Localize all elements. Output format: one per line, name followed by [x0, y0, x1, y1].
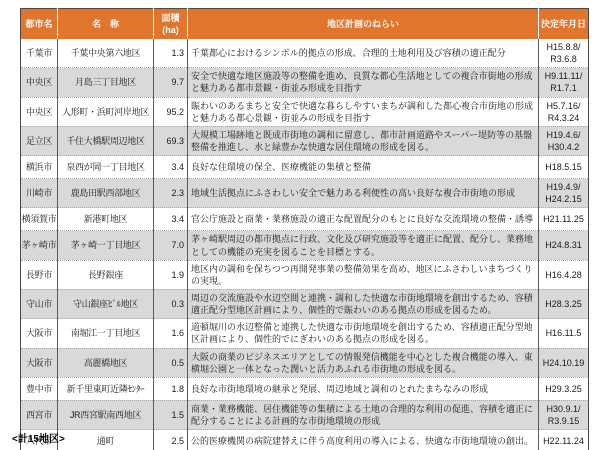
plan-aim-cell: 茅ヶ崎駅周辺の都市拠点に行政、文化及び研究施設等を適正に配置、配分し、業務地とし… [188, 231, 539, 260]
district-name-cell: 通町 [58, 430, 154, 450]
district-name-cell: 千住大橋駅周辺地区 [58, 126, 154, 155]
city-cell: 大阪市 [21, 348, 58, 377]
plan-aim-cell: 良好な住環境の保全、医療機能の集積と整備 [188, 156, 539, 179]
decision-date-cell: H19.4.6/ H30.4.2 [539, 126, 589, 155]
district-name-cell: 長野銀座 [58, 260, 154, 289]
decision-date-cell: H15.8.8/ R3.6.8 [539, 39, 589, 68]
plan-aim-cell: 大阪の商業のビジネスエリアとしての情報発信機能を中心とした複合機能の導入、東横堀… [188, 348, 539, 377]
table-row: 茅ヶ崎市 茅ヶ崎一丁目地区 7.0 茅ヶ崎駅周辺の都市拠点に行政、文化及び研究施… [21, 231, 589, 260]
area-cell: 1.6 [154, 319, 188, 348]
decision-date-cell: H24.8.31 [539, 231, 589, 260]
area-cell: 1.8 [154, 377, 188, 400]
plan-aim-cell: 地区内の調和を保ちつつ再開発事業の整備効果を高め、地区にふさわしいまちづくりの実… [188, 260, 539, 289]
district-plan-table: 都市名 名 称 面積 (ha) 地区計画のねらい 決定年月日 千葉市 千葉中央第… [20, 8, 589, 450]
plan-aim-cell: 周辺の交流施設や水辺空間と連携・調和した快適な市街地環境を創出するため、容積適正… [188, 289, 539, 318]
plan-aim-cell: 千葉都心におけるシンボル的拠点の形成、合理的土地利用及び容積の適正配分 [188, 39, 539, 68]
city-cell: 横浜市 [21, 156, 58, 179]
table-header: 都市名 名 称 面積 (ha) 地区計画のねらい 決定年月日 [21, 9, 589, 40]
table-row: 大阪市 高麗橋地区 0.5 大阪の商業のビジネスエリアとしての情報発信機能を中心… [21, 348, 589, 377]
table-row: 横須賀市 新港町地区 3.4 官公庁施設と商業・業務施設の適正な配置配分のもとに… [21, 208, 589, 231]
area-cell: 0.5 [154, 348, 188, 377]
table-row: 西宮市 JR西宮駅南西地区 1.5 商業・業務機能、居住機能等の集積による土地の… [21, 400, 589, 429]
city-cell: 中央区 [21, 68, 58, 97]
district-name-cell: 茅ヶ崎一丁目地区 [58, 231, 154, 260]
table-row: 大阪市 南堀江一丁目地区 1.6 道頓堀川の水辺整備と連携した快適な市街地環境を… [21, 319, 589, 348]
header-area: 面積 (ha) [154, 9, 188, 40]
area-cell: 1.5 [154, 400, 188, 429]
plan-aim-cell: 良好な市街地環境の継承と発展、周辺地域と調和のとれたまちなみの形成 [188, 377, 539, 400]
plan-aim-cell: 賑わいのあるまちと安全で快適な暮らしやすいまちが調和した都心複合市街地の形成と魅… [188, 97, 539, 126]
district-name-cell: 南堀江一丁目地区 [58, 319, 154, 348]
area-cell: 2.5 [154, 430, 188, 450]
city-cell: 中央区 [21, 97, 58, 126]
table-row: 中央区 人形町・浜町河岸地区 95.2 賑わいのあるまちと安全で快適な暮らしやす… [21, 97, 589, 126]
table-body: 千葉市 千葉中央第六地区 1.3 千葉都心におけるシンボル的拠点の形成、合理的土… [21, 39, 589, 450]
decision-date-cell: H29.3.25 [539, 377, 589, 400]
header-row: 都市名 名 称 面積 (ha) 地区計画のねらい 決定年月日 [21, 9, 589, 40]
decision-date-cell: H16.11.5 [539, 319, 589, 348]
plan-aim-cell: 地域生活拠点にふさわしい安全で魅力ある利便性の高い良好な複合市街地の形成 [188, 179, 539, 208]
table-row: 豊中市 新千里東町近隣ｾﾝﾀｰ 1.8 良好な市街地環境の継承と発展、周辺地域と… [21, 377, 589, 400]
area-cell: 95.2 [154, 97, 188, 126]
plan-aim-cell: 官公庁施設と商業・業務施設の適正な配置配分のもとに良好な交流環境の整備・誘導 [188, 208, 539, 231]
decision-date-cell: H30.9.1/ R3.9.15 [539, 400, 589, 429]
decision-date-cell: H19.4.9/ H24.2.15 [539, 179, 589, 208]
area-cell: 1.9 [154, 260, 188, 289]
header-aim: 地区計画のねらい [188, 9, 539, 40]
district-name-cell: 月島三丁目地区 [58, 68, 154, 97]
decision-date-cell: H5.7.16/ R4.3.24 [539, 97, 589, 126]
decision-date-cell: H21.11.25 [539, 208, 589, 231]
table-row: 横浜市 泉西が岡一丁目地区 3.4 良好な住環境の保全、医療機能の集積と整備 H… [21, 156, 589, 179]
table-row: 長野市 長野銀座 1.9 地区内の調和を保ちつつ再開発事業の整備効果を高め、地区… [21, 260, 589, 289]
plan-aim-cell: 安全で快適な地区施設等の整備を進め、良質な都心生活地としての複合市街地の形成と魅… [188, 68, 539, 97]
table-row: 足立区 千住大橋駅周辺地区 69.3 大規模工場跡地と既成市街地の調和に留意し、… [21, 126, 589, 155]
decision-date-cell: H28.3.25 [539, 289, 589, 318]
plan-aim-cell: 大規模工場跡地と既成市街地の調和に留意し、都市計画道路やスーパー堤防等の基盤整備… [188, 126, 539, 155]
district-name-cell: 新港町地区 [58, 208, 154, 231]
decision-date-cell: H18.5.15 [539, 156, 589, 179]
plan-aim-cell: 道頓堀川の水辺整備と連携した快適な市街地環境を創出するため、容積適正配分型地区計… [188, 319, 539, 348]
city-cell: 足立区 [21, 126, 58, 155]
decision-date-cell: H16.4.28 [539, 260, 589, 289]
city-cell: 長野市 [21, 260, 58, 289]
table-row: 川崎市 鹿島田駅西部地区 2.3 地域生活拠点にふさわしい安全で魅力ある利便性の… [21, 179, 589, 208]
district-name-cell: 高麗橋地区 [58, 348, 154, 377]
city-cell: 川崎市 [21, 179, 58, 208]
district-name-cell: 千葉中央第六地区 [58, 39, 154, 68]
table-row: 千葉市 千葉中央第六地区 1.3 千葉都心におけるシンボル的拠点の形成、合理的土… [21, 39, 589, 68]
document-page: 都市名 名 称 面積 (ha) 地区計画のねらい 決定年月日 千葉市 千葉中央第… [0, 0, 600, 450]
decision-date-cell: H24.10.19 [539, 348, 589, 377]
area-cell: 0.3 [154, 289, 188, 318]
table-row: 八代市 通町 2.5 公的医療機関の病院建替えに伴う高度利用の導入による、快適な… [21, 430, 589, 450]
plan-aim-cell: 商業・業務機能、居住機能等の集積による土地の合理的な利用の促進、容積を適正に配分… [188, 400, 539, 429]
area-cell: 3.4 [154, 156, 188, 179]
table-row: 中央区 月島三丁目地区 9.7 安全で快適な地区施設等の整備を進め、良質な都心生… [21, 68, 589, 97]
city-cell: 守山市 [21, 289, 58, 318]
city-cell: 横須賀市 [21, 208, 58, 231]
plan-aim-cell: 公的医療機関の病院建替えに伴う高度利用の導入による、快適な市街地環境の創出。 [188, 430, 539, 450]
area-cell: 9.7 [154, 68, 188, 97]
area-cell: 3.4 [154, 208, 188, 231]
district-name-cell: JR西宮駅南西地区 [58, 400, 154, 429]
header-city: 都市名 [21, 9, 58, 40]
city-cell: 西宮市 [21, 400, 58, 429]
table-row: 守山市 守山銀座ﾋﾞﾙ地区 0.3 周辺の交流施設や水辺空間と連携・調和した快適… [21, 289, 589, 318]
district-plan-table-container: 都市名 名 称 面積 (ha) 地区計画のねらい 決定年月日 千葉市 千葉中央第… [20, 8, 588, 450]
city-cell: 豊中市 [21, 377, 58, 400]
city-cell: 大阪市 [21, 319, 58, 348]
decision-date-cell: H22.11.24 [539, 430, 589, 450]
header-date: 決定年月日 [539, 9, 589, 40]
area-cell: 7.0 [154, 231, 188, 260]
district-name-cell: 守山銀座ﾋﾞﾙ地区 [58, 289, 154, 318]
decision-date-cell: H9.11.11/ R1.7.1 [539, 68, 589, 97]
district-name-cell: 鹿島田駅西部地区 [58, 179, 154, 208]
district-name-cell: 新千里東町近隣ｾﾝﾀｰ [58, 377, 154, 400]
area-cell: 1.3 [154, 39, 188, 68]
city-cell: 茅ヶ崎市 [21, 231, 58, 260]
district-name-cell: 人形町・浜町河岸地区 [58, 97, 154, 126]
total-districts-label: <計15地区> [12, 430, 65, 445]
area-cell: 2.3 [154, 179, 188, 208]
area-cell: 69.3 [154, 126, 188, 155]
district-name-cell: 泉西が岡一丁目地区 [58, 156, 154, 179]
city-cell: 千葉市 [21, 39, 58, 68]
header-name: 名 称 [58, 9, 154, 40]
